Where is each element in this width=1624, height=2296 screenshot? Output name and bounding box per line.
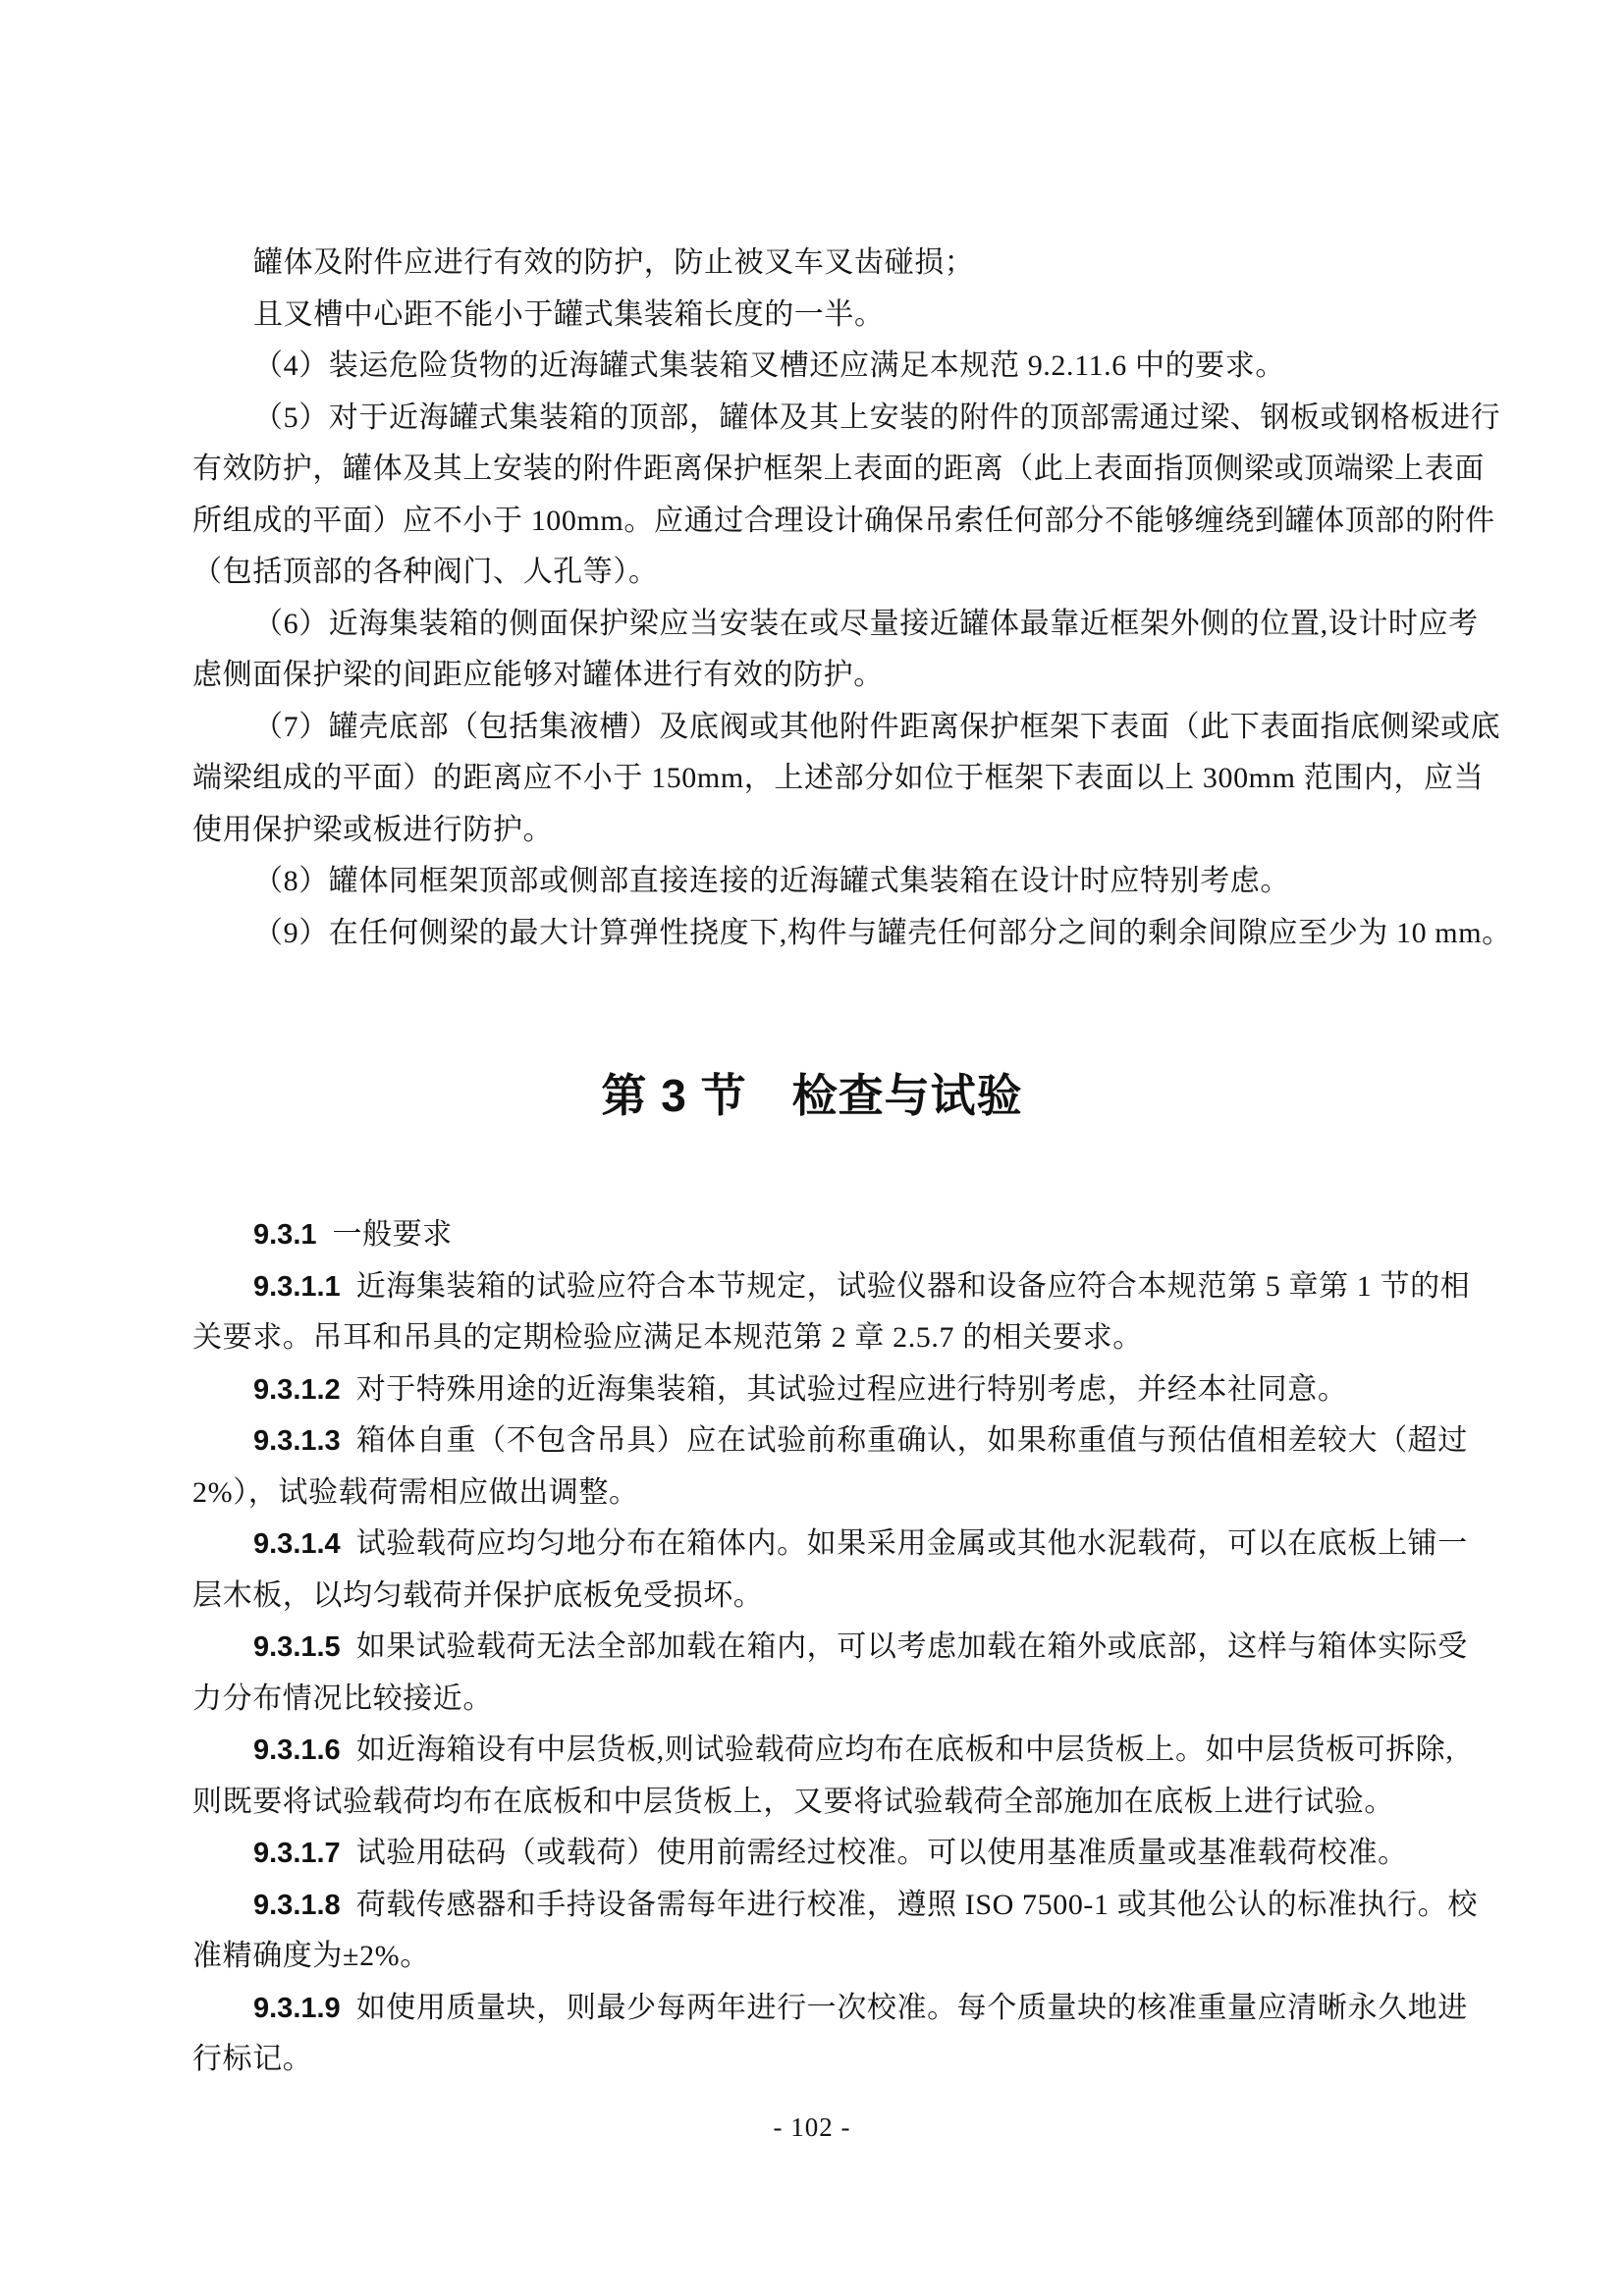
text-line: （4）装运危险货物的近海罐式集装箱叉槽还应满足本规范 9.2.11.6 中的要求… [192,341,1498,393]
text-line: （6）近海集装箱的侧面保护梁应当安装在或尽量接近罐体最靠近框架外侧的位置,设计时… [192,599,1498,651]
text-line: （5）对于近海罐式集装箱的顶部，罐体及其上安装的附件的顶部需通过梁、钢板或钢格板… [192,393,1498,445]
text-line: 所组成的平面）应不小于 100mm。应通过合理设计确保吊索任何部分不能够缠绕到罐… [192,496,1498,548]
text-line: 9.3.1.6如近海箱设有中层货板,则试验载荷应均布在底板和中层货板上。如中层货… [192,1725,1498,1777]
text-line: 行标记。 [192,2034,1498,2086]
text-line: 则既要将试验载荷均布在底板和中层货板上，又要将试验载荷全部施加在底板上进行试验。 [192,1777,1498,1829]
text-line: （9）在任何侧梁的最大计算弹性挠度下,构件与罐壳任何部分之间的剩余间隙应至少为 … [192,908,1498,960]
text-line: 虑侧面保护梁的间距应能够对罐体进行有效的防护。 [192,650,1498,702]
text-line: 罐体及附件应进行有效的防护，防止被叉车叉齿碰损； [192,238,1498,290]
clause-number: 9.3.1.9 [253,1993,341,2024]
text-line: 9.3.1.7试验用砝码（或载荷）使用前需经过校准。可以使用基准质量或基准载荷校… [192,1828,1498,1880]
clause-number: 9.3.1.5 [253,1631,341,1663]
clause-text: 一般要求 [333,1218,453,1251]
section-heading-number: 第 3 节 [601,1070,746,1121]
text-line: 9.3.1.9如使用质量块，则最少每两年进行一次校准。每个质量块的核准重量应清晰… [192,1983,1498,2035]
clause-number: 9.3.1.6 [253,1735,341,1766]
clause-text: 如使用质量块，则最少每两年进行一次校准。每个质量块的核准重量应清晰永久地进 [356,1992,1468,2024]
body-text-block-top: 罐体及附件应进行有效的防护，防止被叉车叉齿碰损； 且叉槽中心距不能小于罐式集装箱… [192,238,1498,959]
clause-text: 试验载荷应均匀地分布在箱体内。如果采用金属或其他水泥载荷，可以在底板上铺一 [356,1527,1468,1560]
clause-text: 近海集装箱的试验应符合本节规定，试验仪器和设备应符合本规范第 5 章第 1 节的… [356,1270,1471,1303]
clause-text: 如近海箱设有中层货板,则试验载荷应均布在底板和中层货板上。如中层货板可拆除, [356,1734,1454,1766]
text-line: 9.3.1一般要求 [192,1209,1498,1261]
text-line: 有效防护，罐体及其上安装的附件距离保护框架上表面的距离（此上表面指顶侧梁或顶端梁… [192,444,1498,496]
text-line: 准精确度为±2%。 [192,1931,1498,1983]
clause-text: 箱体自重（不包含吊具）应在试验前称重确认，如果称重值与预估值相差较大（超过 [356,1424,1468,1457]
text-line: 9.3.1.3箱体自重（不包含吊具）应在试验前称重确认，如果称重值与预估值相差较… [192,1415,1498,1468]
text-line: （包括顶部的各种阀门、人孔等）。 [192,547,1498,599]
page-number: - 102 - [0,2110,1624,2144]
clause-number: 9.3.1.7 [253,1838,341,1869]
text-line: 9.3.1.1近海集装箱的试验应符合本节规定，试验仪器和设备应符合本规范第 5 … [192,1261,1498,1313]
text-line: 9.3.1.8荷载传感器和手持设备需每年进行校准，遵照 ISO 7500-1 或… [192,1880,1498,1932]
text-line: （7）罐壳底部（包括集液槽）及底阀或其他附件距离保护框架下表面（此下表面指底侧梁… [192,702,1498,754]
document-page: 罐体及附件应进行有效的防护，防止被叉车叉齿碰损； 且叉槽中心距不能小于罐式集装箱… [0,0,1624,2296]
section-heading-title: 检查与试验 [792,1070,1023,1121]
text-line: 端梁组成的平面）的距离应不小于 150mm，上述部分如位于框架下表面以上 300… [192,753,1498,805]
text-line: 关要求。吊耳和吊具的定期检验应满足本规范第 2 章 2.5.7 的相关要求。 [192,1312,1498,1364]
clause-number: 9.3.1 [253,1219,317,1251]
clause-number: 9.3.1.1 [253,1271,341,1303]
clause-number: 9.3.1.3 [253,1425,341,1457]
text-line: 9.3.1.5如果试验载荷无法全部加载在箱内，可以考虑加载在箱外或底部，这样与箱… [192,1622,1498,1674]
text-line: 且叉槽中心距不能小于罐式集装箱长度的一半。 [192,290,1498,342]
text-line: 力分布情况比较接近。 [192,1674,1498,1726]
clause-text: 如果试验载荷无法全部加载在箱内，可以考虑加载在箱外或底部，这样与箱体实际受 [356,1630,1468,1663]
clause-text: 试验用砝码（或载荷）使用前需经过校准。可以使用基准质量或基准载荷校准。 [356,1837,1408,1869]
text-line: 2%），试验载荷需相应做出调整。 [192,1468,1498,1520]
body-text-block-clauses: 9.3.1一般要求 9.3.1.1近海集装箱的试验应符合本节规定，试验仪器和设备… [192,1209,1498,2086]
clause-text: 荷载传感器和手持设备需每年进行校准，遵照 ISO 7500-1 或其他公认的标准… [356,1889,1478,1921]
section-heading: 第 3 节检查与试验 [0,1068,1624,1123]
clause-number: 9.3.1.4 [253,1528,341,1560]
text-line: 层木板，以均匀载荷并保护底板免受损坏。 [192,1571,1498,1623]
clause-number: 9.3.1.8 [253,1890,341,1921]
text-line: 使用保护梁或板进行防护。 [192,805,1498,857]
clause-text: 对于特殊用途的近海集装箱，其试验过程应进行特别考虑，并经本社同意。 [356,1373,1348,1406]
text-line: 9.3.1.2对于特殊用途的近海集装箱，其试验过程应进行特别考虑，并经本社同意。 [192,1364,1498,1416]
clause-number: 9.3.1.2 [253,1374,341,1406]
text-line: 9.3.1.4试验载荷应均匀地分布在箱体内。如果采用金属或其他水泥载荷，可以在底… [192,1519,1498,1571]
text-line: （8）罐体同框架顶部或侧部直接连接的近海罐式集装箱在设计时应特别考虑。 [192,856,1498,908]
